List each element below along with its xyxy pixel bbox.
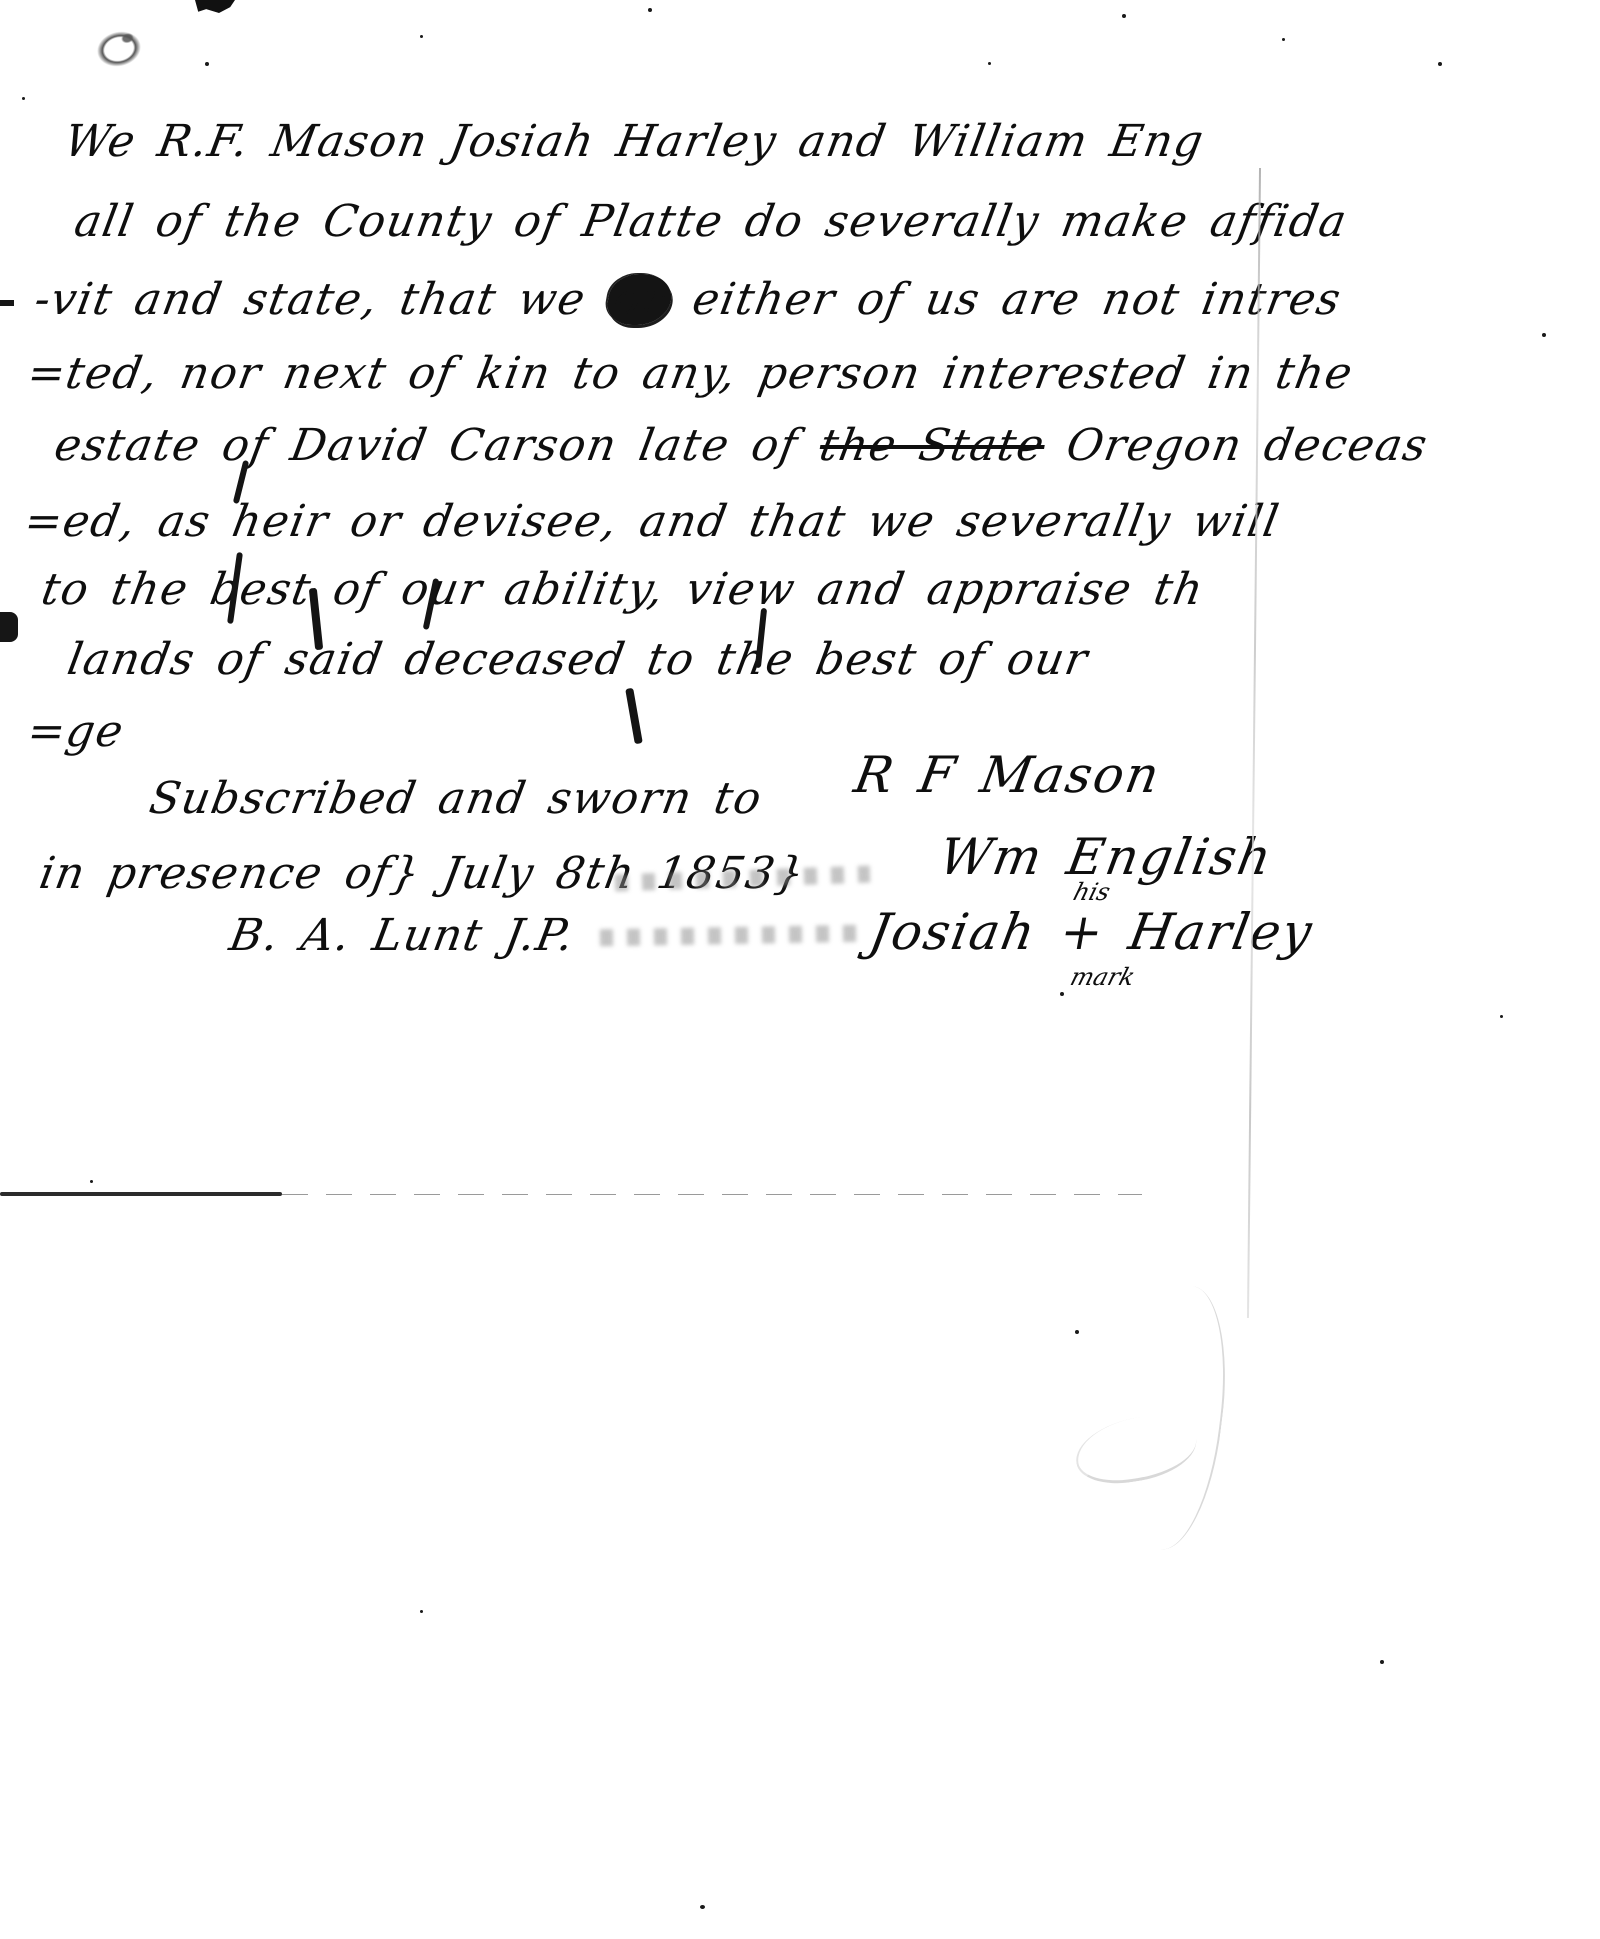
handwritten-line: We R.F. Mason Josiah Harley and William …: [61, 118, 1208, 166]
handwritten-line: =ge: [24, 708, 128, 756]
attestation-sworn-line: Subscribed and sworn to: [146, 775, 766, 823]
ink-speck: [1122, 14, 1126, 18]
ink-speck: [1500, 1015, 1503, 1018]
ink-speck: [420, 35, 423, 38]
attestation-officer-signature: B. A. Lunt J.P.: [226, 912, 579, 960]
handwritten-line: lands of said deceased to the best of ou…: [64, 636, 1092, 684]
ink-speck: [700, 1905, 705, 1909]
scanned-affidavit-page: We R.F. Mason Josiah Harley and William …: [0, 0, 1600, 1939]
ink-speck: [1282, 38, 1285, 41]
line-text: =ted, nor next of kin to any, person int…: [24, 348, 1358, 399]
ink-speck: [1542, 333, 1546, 337]
horizontal-fold-crease-faint: [282, 1194, 1142, 1195]
ink-speck: [22, 97, 25, 100]
stray-ink-stroke: [625, 688, 643, 745]
cross-glyph: +: [1056, 903, 1110, 961]
line-text: either of us are not intres: [666, 274, 1345, 325]
handwritten-line: =ed, as heir or devisee, and that we sev…: [21, 498, 1284, 546]
ink-speck: [1438, 62, 1442, 66]
his-mark-label-bottom: mark: [1067, 964, 1138, 990]
handwritten-line: all of the County of Platte do severally…: [71, 198, 1351, 246]
line-text: estate of David Carson late of: [51, 420, 825, 471]
line-text: =ge: [24, 706, 129, 757]
ink-speck: [1075, 1330, 1079, 1334]
his-mark-label-top: his: [1070, 879, 1113, 905]
ink-speck: [988, 62, 991, 65]
struck-text: the State: [816, 420, 1049, 471]
his-mark-cross: his + mark: [1056, 905, 1110, 960]
ink-speck: [205, 62, 209, 66]
handwritten-line: estate of David Carson late of the State…: [51, 422, 1432, 470]
ink-speck: [420, 1610, 423, 1613]
line-text: Subscribed and sworn to: [146, 773, 767, 824]
line-text: -vit and state, that we: [31, 274, 613, 325]
vertical-fold-crease: [1247, 168, 1261, 1318]
ink-speck: [648, 8, 652, 12]
horizontal-fold-crease-dark: [0, 1192, 282, 1196]
ink-blot-word: or: [604, 274, 676, 325]
line-text: to the best of our ability, view and app…: [38, 564, 1208, 615]
line-text: Oregon deceas: [1040, 420, 1432, 471]
signature-text: Josiah: [865, 903, 1041, 961]
handwritten-line: =ted, nor next of kin to any, person int…: [24, 350, 1357, 398]
line-text: We R.F. Mason Josiah Harley and William …: [61, 116, 1209, 167]
signature-mason: R F Mason: [850, 748, 1165, 803]
ink-speck: [1380, 1660, 1384, 1664]
line-text: lands of said deceased to the best of ou…: [64, 634, 1093, 685]
handwritten-line: to the best of our ability, view and app…: [38, 566, 1208, 614]
line-text: =ed, as heir or devisee, and that we sev…: [21, 496, 1284, 547]
signature-harley: Josiah his + mark Harley: [865, 905, 1317, 960]
ink-speck: [1060, 992, 1064, 996]
line-text: B. A. Lunt J.P.: [226, 910, 579, 961]
line-text: all of the County of Platte do severally…: [71, 196, 1352, 247]
ink-speck: [90, 1180, 93, 1183]
left-edge-ink-mark: [0, 300, 14, 306]
torn-corner-mark: [195, 0, 235, 13]
ink-smudge-ring: [88, 22, 151, 76]
signature-text: Harley: [1125, 903, 1318, 961]
faded-stamp-smudge: [600, 925, 865, 947]
signature-english: Wm English: [935, 830, 1277, 885]
left-edge-ink-mark: [0, 612, 18, 642]
signature-text: R F Mason: [850, 746, 1165, 804]
handwritten-line: -vit and state, that we or either of us …: [31, 276, 1345, 324]
